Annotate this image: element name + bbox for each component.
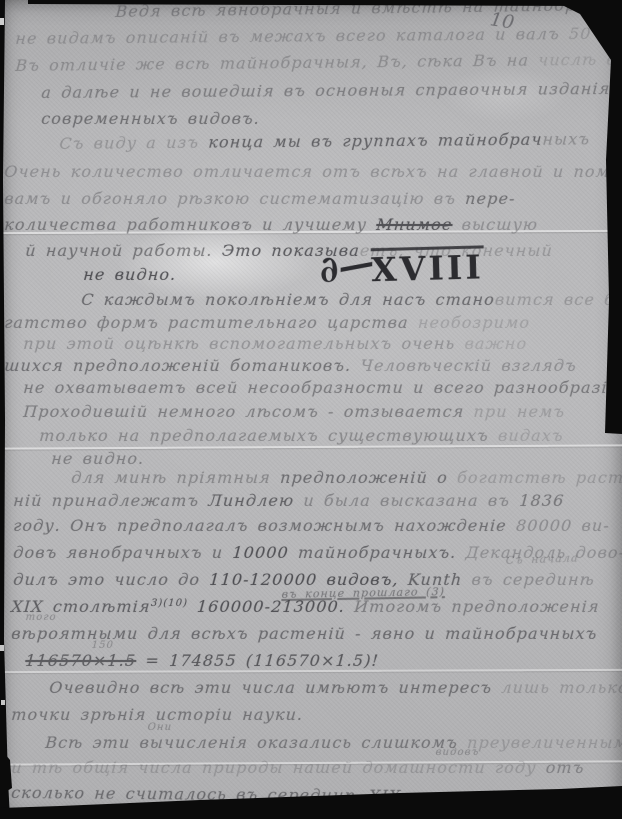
handwritten-line: и тѣ общія числа природы нашей домашност… [11, 758, 586, 777]
handwritten-segment: 50 видовъ, либо [559, 23, 622, 43]
handwritten-segment: вится все бо- [494, 290, 622, 309]
handwritten-line: при этой оцѣнкѣ вспомогательныхъ очень в… [23, 334, 528, 353]
handwritten-segment: ній принадлежатъ [13, 491, 209, 510]
handwritten-segment: С каждымъ поколѣніемъ для насъ стано [81, 290, 496, 309]
handwritten-segment: того [25, 612, 57, 623]
handwritten-segment: вамъ и обгоняло рѣзкою систематизацію въ [4, 189, 466, 208]
handwritten-line: году. Онъ предполагалъ возможнымъ нахожд… [13, 516, 611, 535]
handwritten-line: шихся предположеній ботаниковъ. Человѣче… [4, 356, 578, 375]
handwritten-segment: видовъ [435, 747, 479, 758]
handwritten-segment: необозримо [417, 313, 531, 332]
handwritten-segment: Проходившій немного лѣсомъ - отзывается [23, 402, 475, 421]
handwritten-segment: Съ начала [506, 551, 579, 567]
chapter-mark: ∂— XVIII [317, 236, 485, 291]
handwritten-segment: 160000-213000. [187, 597, 346, 616]
handwritten-segment: современныхъ видовъ. [41, 109, 261, 128]
handwritten-line: Очевидно всѣ эти числа имѣютъ интересъ л… [49, 678, 622, 697]
handwritten-segment: Они [147, 722, 172, 733]
handwritten-line: только на предполагаемыхъ существующихъ … [39, 426, 565, 445]
handwritten-segment: году. Онъ предполагалъ возможнымъ нахожд… [13, 516, 517, 535]
handwritten-segment: только на предполагаемыхъ существующихъ [39, 426, 490, 445]
chapter-mark-roman-numeral: XVIII [371, 245, 485, 288]
handwritten-segment: 3)(10) [151, 598, 189, 609]
scanned-manuscript-photo: Ведя всѣ явнобрачныя и вмѣстѣ на тайнобр… [0, 0, 622, 819]
handwritten-segment: и была высказана въ [294, 491, 520, 510]
handwritten-line: ній принадлежатъ Линдлею и была высказан… [13, 491, 565, 510]
handwritten-segment: не охватываетъ всей несообразности и все… [23, 378, 622, 397]
handwritten-segment: предположеній о [279, 468, 448, 487]
handwritten-segment: Мнимое [376, 215, 454, 234]
handwritten-segment: Человѣческій взглядъ [360, 356, 578, 375]
handwritten-line: Очень количество отличается отъ всѣхъ на… [4, 162, 622, 181]
handwritten-segment: й научной работы. [25, 241, 223, 260]
handwritten-segment: тайнобрачныхъ. [288, 543, 466, 562]
handwritten-segment: богатствѣ расте- [447, 468, 622, 487]
handwritten-line: современныхъ видовъ. [41, 109, 261, 128]
handwritten-segment: лишь только съ [492, 678, 622, 697]
handwritten-segment: важно [464, 334, 528, 353]
handwritten-segment: отъ [545, 758, 585, 777]
handwritten-segment: 116570×1.5 [25, 651, 137, 670]
handwritten-line: не охватываетъ всей несообразности и все… [23, 378, 622, 397]
handwritten-segment: для минѣ пріятныя [71, 468, 281, 487]
handwritten-line: для минѣ пріятныя предположеній о богатс… [71, 468, 622, 487]
handwritten-line: количества работниковъ и лучшему Мнимое … [4, 215, 539, 234]
handwritten-line: не видно. [83, 265, 177, 284]
handwritten-line: С каждымъ поколѣніемъ для насъ становитс… [81, 290, 622, 309]
handwritten-segment: конца мы въ группахъ тайнобрач [208, 130, 543, 152]
handwritten-segment: 150 [91, 640, 114, 651]
handwritten-line: видовъ [435, 747, 479, 758]
handwritten-line: того [25, 612, 57, 623]
handwritten-segment: ныхъ [542, 129, 591, 148]
handwritten-segment: въ серединѣ [462, 570, 596, 589]
handwritten-segment: гатство формъ растительнаго царства [4, 313, 419, 332]
handwritten-line: Всѣ эти вычисленія оказались слишкомъ пр… [45, 733, 622, 752]
handwritten-line: не видно. [51, 449, 145, 468]
handwritten-segment: дилъ это число до [13, 570, 210, 589]
handwritten-line: а далѣе и не вошедшія въ основныя справо… [41, 78, 622, 102]
handwritten-segment: = 174855 (116570×1.5)! [136, 651, 380, 670]
handwritten-segment: при этой оцѣнкѣ вспомогательныхъ очень [23, 334, 466, 353]
handwritten-segment: 10000 [232, 543, 290, 562]
handwritten-segment: довъ явнобрачныхъ и [13, 543, 233, 562]
handwritten-segment: Всѣ эти вычисленія оказались слишкомъ [45, 733, 468, 752]
handwritten-segment: количества работниковъ и лучшему [4, 215, 377, 234]
handwritten-segment: Очень количество отличается отъ всѣхъ на… [4, 162, 622, 181]
handwritten-segment: при немъ [473, 402, 566, 421]
handwritten-segment: 1836 [519, 491, 565, 510]
handwritten-segment: числѣ видъ [529, 49, 622, 69]
handwritten-segment: и тѣ общія числа природы нашей домашност… [11, 758, 547, 777]
handwritten-line: дилъ это число до 110-120000 видовъ, Kun… [13, 570, 596, 589]
handwritten-line: Проходившій немного лѣсомъ - отзывается … [23, 402, 566, 421]
chapter-mark-flourish: ∂— [316, 244, 377, 289]
handwritten-line: Они [147, 722, 172, 733]
handwritten-line: гатство формъ растительнаго царства необ… [4, 313, 531, 332]
page-number: 10 [488, 8, 515, 34]
handwritten-line: 150 [91, 640, 114, 651]
handwritten-segment: не видно. [83, 265, 177, 284]
handwritten-line: вамъ и обгоняло рѣзкою систематизацію въ… [4, 189, 517, 208]
handwritten-segment: 80000 ви- [515, 516, 610, 535]
handwritten-segment: видахъ [488, 426, 564, 445]
handwritten-segment: Очевидно всѣ эти числа имѣютъ интересъ [49, 678, 493, 697]
handwritten-segment: преувеличенными [467, 733, 622, 752]
handwritten-line: XIX столѣтія3)(10) 160000-213000. Итогом… [11, 597, 601, 616]
handwritten-segment: пере- [465, 189, 517, 208]
handwritten-segment: а далѣе и не вошедшія въ основныя справо… [41, 79, 622, 102]
handwritten-segment: шихся предположеній ботаниковъ. [4, 356, 362, 375]
handwritten-segment: высшую [452, 215, 539, 234]
handwritten-segment: Съ виду а изъ [59, 133, 209, 153]
handwritten-line: Съ начала [506, 551, 579, 567]
handwritten-segment: Итогомъ предположенія [344, 597, 600, 616]
handwritten-line: 116570×1.5 = 174855 (116570×1.5)! [25, 651, 380, 670]
handwritten-segment: не видно. [51, 449, 145, 468]
handwritten-segment: Линдлею [208, 491, 295, 510]
